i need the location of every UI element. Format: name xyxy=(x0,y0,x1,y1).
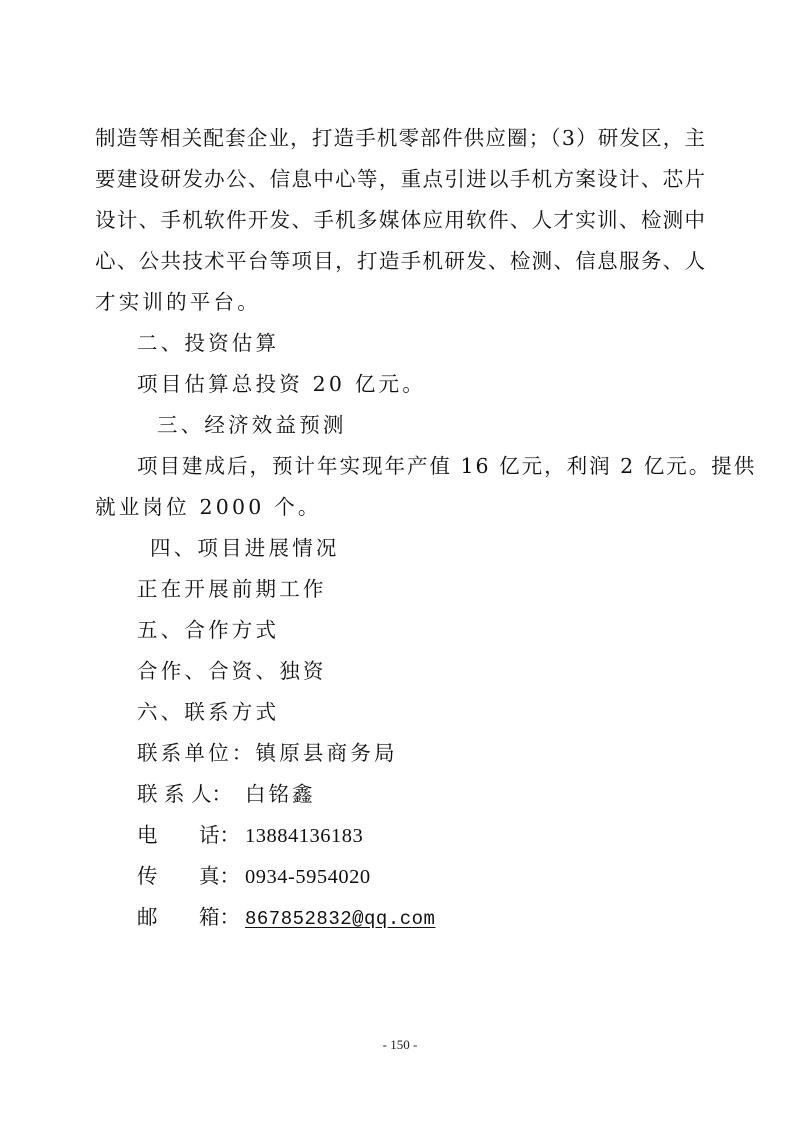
contact-unit-row: 联系单位：镇原县商务局 xyxy=(137,741,747,765)
section-body: 项目估算总投资 20 亿元。 xyxy=(137,372,747,396)
section-heading-economic-benefit: 三、经济效益预测 xyxy=(157,413,767,437)
contact-email-label-2: 箱： xyxy=(199,905,245,929)
contact-fax-row: 传真：0934-5954020 xyxy=(137,864,747,889)
section-body: 正在开展前期工作 xyxy=(137,577,747,601)
contact-email-label-1: 邮 xyxy=(137,905,199,929)
contact-person-value: 白铭鑫 xyxy=(245,782,316,806)
contact-unit-label: 联系单位： xyxy=(137,741,256,765)
contact-email-row: 邮箱：867852832@qq.com xyxy=(137,905,747,931)
document-page: 制造等相关配套企业，打造手机零部件供应圈；（3）研发区，主 要建设研发办公、信息… xyxy=(0,0,800,1131)
page-number: - 150 - xyxy=(0,1037,800,1053)
contact-fax-value: 0934-5954020 xyxy=(245,866,371,888)
section-body: 就业岗位 2000 个。 xyxy=(95,495,705,519)
contact-email-link[interactable]: 867852832@qq.com xyxy=(245,908,435,930)
paragraph-line: 心、公共技术平台等项目，打造手机研发、检测、信息服务、人 xyxy=(95,249,705,273)
contact-phone-row: 电话：13884136183 xyxy=(137,823,747,848)
paragraph-line: 才实训的平台。 xyxy=(95,290,705,314)
contact-phone-value: 13884136183 xyxy=(245,825,363,847)
paragraph-line: 要建设研发办公、信息中心等，重点引进以手机方案设计、芯片 xyxy=(95,167,705,191)
paragraph-line: 制造等相关配套企业，打造手机零部件供应圈；（3）研发区，主 xyxy=(95,126,705,150)
contact-fax-label-2: 真： xyxy=(199,864,245,888)
paragraph-line: 设计、手机软件开发、手机多媒体应用软件、人才实训、检测中 xyxy=(95,208,705,232)
section-heading-contact: 六、联系方式 xyxy=(137,700,747,724)
contact-unit-value: 镇原县商务局 xyxy=(256,741,398,765)
contact-phone-label-2: 话： xyxy=(199,823,245,847)
section-body: 项目建成后，预计年实现年产值 16 亿元，利润 2 亿元。提供 xyxy=(137,454,705,478)
section-heading-cooperation: 五、合作方式 xyxy=(137,618,747,642)
contact-person-row: 联 系 人：白铭鑫 xyxy=(137,782,747,806)
section-heading-investment: 二、投资估算 xyxy=(137,331,747,355)
contact-phone-label-1: 电 xyxy=(137,823,199,847)
section-body: 合作、合资、独资 xyxy=(137,659,747,683)
contact-fax-label-1: 传 xyxy=(137,864,199,888)
contact-person-label: 联 系 人： xyxy=(137,782,245,806)
section-heading-progress: 四、项目进展情况 xyxy=(150,536,760,560)
